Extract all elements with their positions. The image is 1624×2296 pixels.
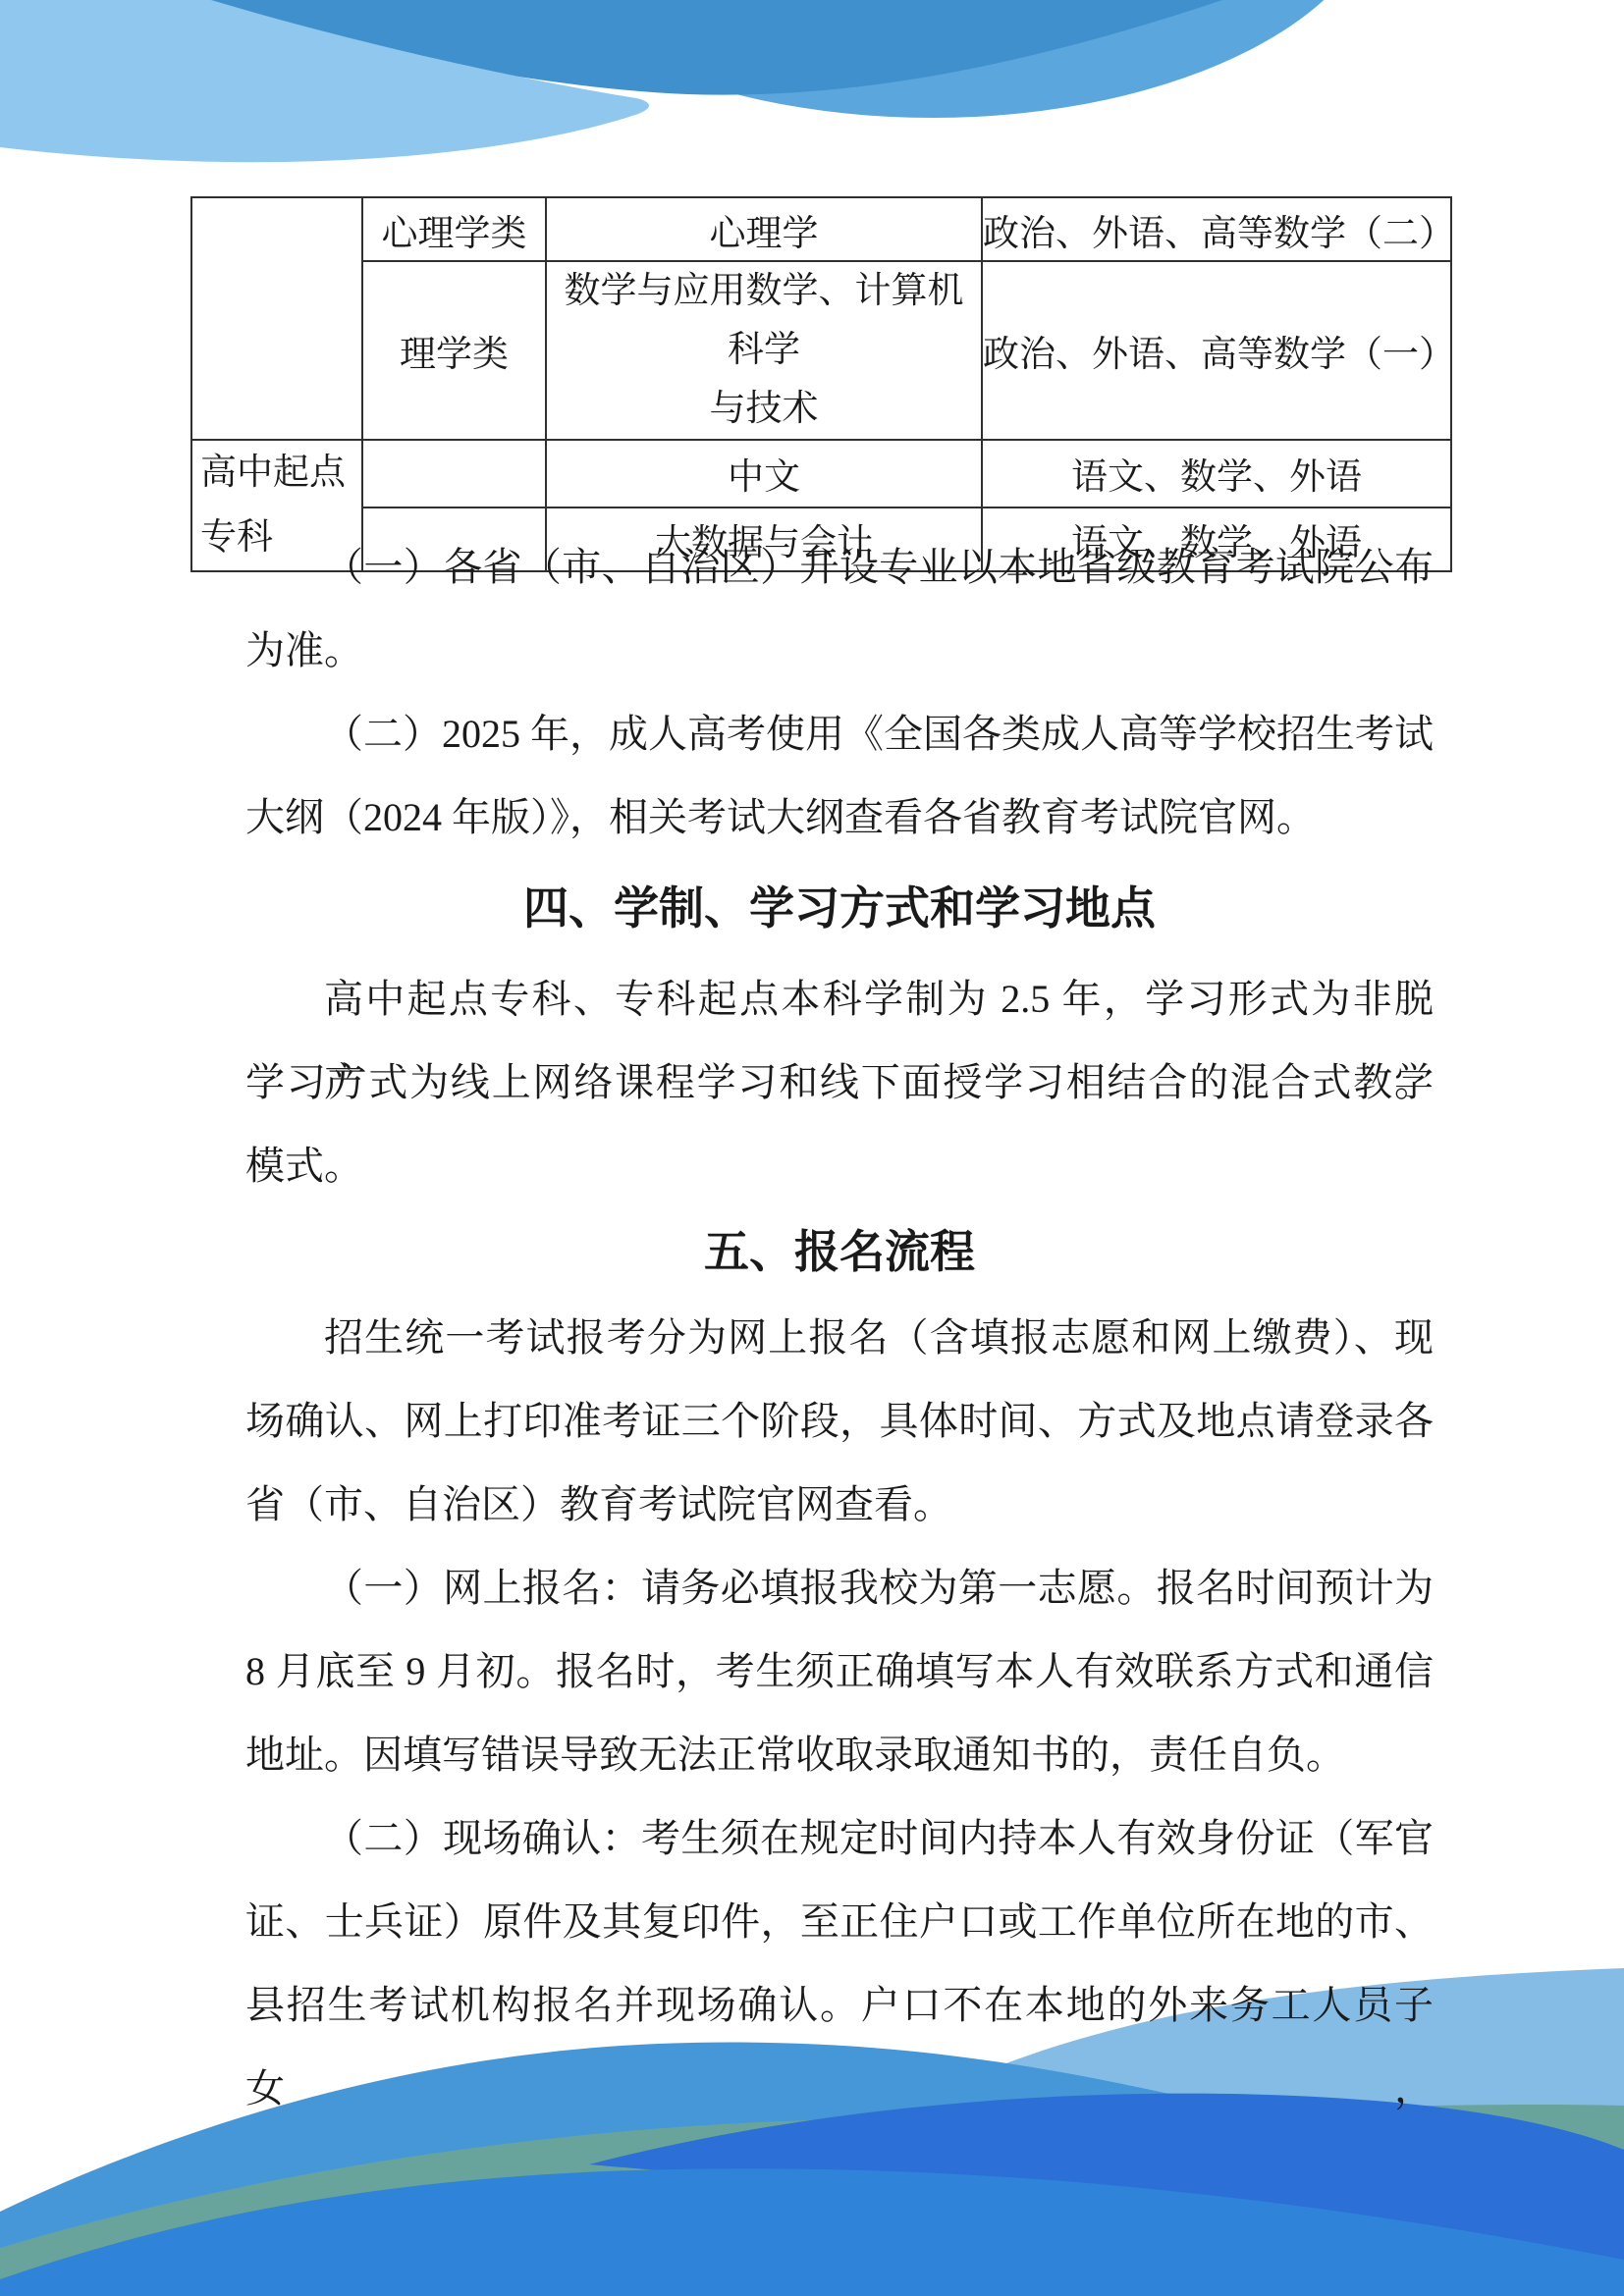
table-row: 心理学类 心理学 政治、外语、高等数学（二）: [191, 197, 1451, 261]
section5-paragraph1-line: 场确认、网上打印准考证三个阶段，具体时间、方式及地点请登录各: [245, 1379, 1434, 1463]
category-cell-empty: [191, 197, 362, 440]
group-cell-empty: [362, 440, 546, 507]
bottom-bright-blue-wave: [0, 2168, 1624, 2296]
group-cell: 理学类: [362, 261, 546, 440]
note2-line: （二）2025 年，成人高考使用《全国各类成人高等学校招生考试: [245, 692, 1434, 775]
section5-paragraph1-line: 招生统一考试报考分为网上报名（含填报志愿和网上缴费）、现: [245, 1296, 1434, 1379]
top-light-blue-arc: [0, 0, 649, 162]
document-body: （一）各省（市、自治区）开设专业以本地省级教育考试院公布 为准。 （二）2025…: [245, 525, 1434, 2047]
section5-paragraph1-line: 省（市、自治区）教育考试院官网查看。: [245, 1463, 1434, 1546]
section4-paragraph-line: 学习方式为线上网络课程学习和线下面授学习相结合的混合式教学: [245, 1041, 1434, 1124]
section5-paragraph3-line: 县招生考试机构报名并现场确认。户口不在本地的外来务工人员子女，: [245, 1963, 1434, 2047]
group-cell: 心理学类: [362, 197, 546, 261]
section5-paragraph3-line: 证、士兵证）原件及其复印件，至正住户口或工作单位所在地的市、: [245, 1880, 1434, 1963]
subjects-cell: 语文、数学、外语: [982, 440, 1451, 507]
note1-line: 为准。: [245, 609, 1434, 692]
section5-paragraph3-line: （二）现场确认：考生须在规定时间内持本人有效身份证（军官: [245, 1796, 1434, 1880]
major-line: 数学与应用数学、计算机科学: [547, 262, 981, 380]
section4-paragraph-line: 高中起点专科、专科起点本科学制为 2.5 年，学习形式为非脱产。: [245, 957, 1434, 1041]
note1-line: （一）各省（市、自治区）开设专业以本地省级教育考试院公布: [245, 525, 1434, 609]
section5-paragraph2-line: （一）网上报名：请务必填报我校为第一志愿。报名时间预计为: [245, 1546, 1434, 1629]
document-page: 心理学类 心理学 政治、外语、高等数学（二） 理学类 数学与应用数学、计算机科学…: [0, 0, 1624, 2296]
major-cell: 数学与应用数学、计算机科学 与技术: [546, 261, 982, 440]
major-line: 与技术: [547, 380, 981, 439]
subjects-cell: 政治、外语、高等数学（一）: [982, 261, 1451, 440]
bottom-sage-green-wave: [0, 2105, 1624, 2296]
top-dark-blue-arc: [196, 0, 1222, 95]
table-row: 高中起点 专科 中文 语文、数学、外语: [191, 440, 1451, 507]
program-table: 心理学类 心理学 政治、外语、高等数学（二） 理学类 数学与应用数学、计算机科学…: [190, 196, 1452, 572]
subjects-cell: 政治、外语、高等数学（二）: [982, 197, 1451, 261]
section5-heading: 五、报名流程: [245, 1207, 1434, 1296]
note2-line: 大纲（2024 年版）》，相关考试大纲查看各省教育考试院官网。: [245, 775, 1434, 859]
category-line: 高中起点: [200, 441, 361, 506]
top-medium-blue-arc: [481, 0, 1384, 118]
major-cell: 中文: [546, 440, 982, 507]
section4-paragraph-line: 模式。: [245, 1124, 1434, 1207]
table-row: 理学类 数学与应用数学、计算机科学 与技术 政治、外语、高等数学（一）: [191, 261, 1451, 440]
section4-heading: 四、学制、学习方式和学习地点: [245, 859, 1434, 957]
section5-paragraph2-line: 地址。因填写错误导致无法正常收取录取通知书的，责任自负。: [245, 1713, 1434, 1796]
major-cell: 心理学: [546, 197, 982, 261]
section5-paragraph2-line: 8 月底至 9 月初。报名时，考生须正确填写本人有效联系方式和通信: [245, 1629, 1434, 1713]
